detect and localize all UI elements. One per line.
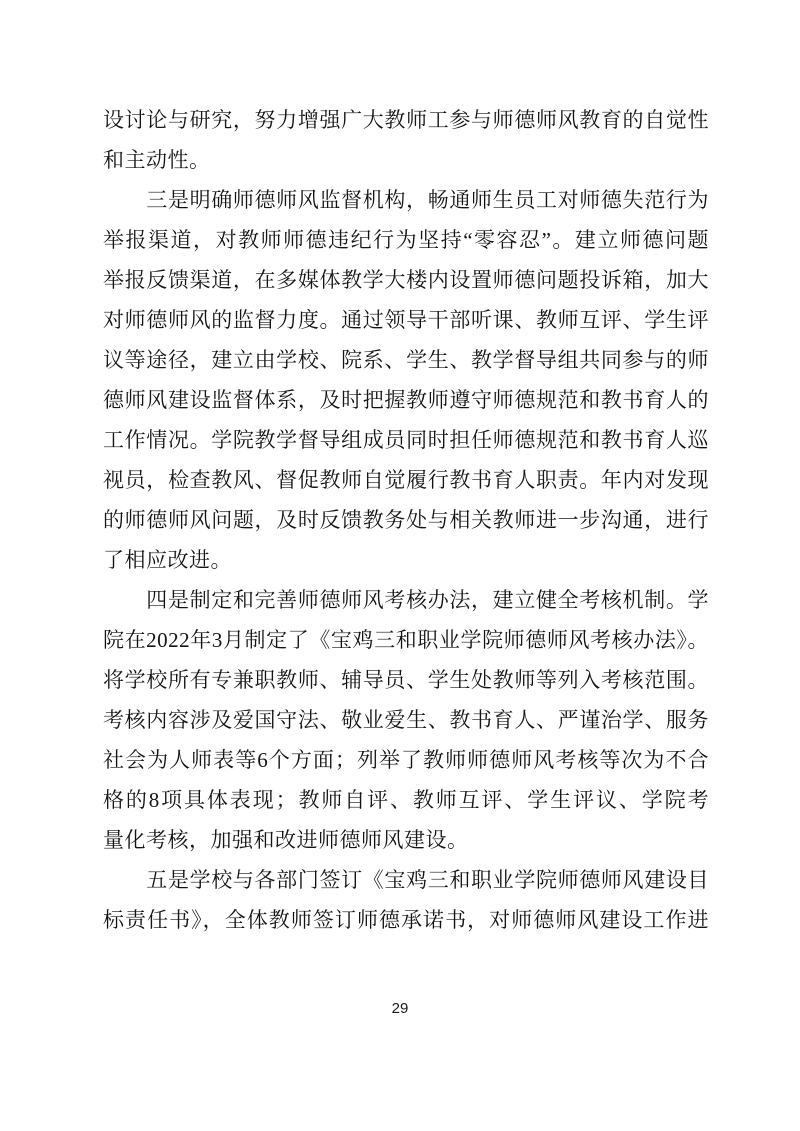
- text-line: 了相应改进。: [103, 540, 709, 580]
- text-line: 和主动性。: [103, 140, 709, 180]
- text-line: 举报渠道，对教师师德违纪行为坚持“零容忍”。建立师德问题: [103, 220, 709, 260]
- text-line: 五是学校与各部门签订《宝鸡三和职业学院师德师风建设目: [103, 860, 709, 900]
- text-line: 格的8项具体表现；教师自评、教师互评、学生评议、学院考评。: [103, 780, 709, 820]
- text-line: 将学校所有专兼职教师、辅导员、学生处教师等列入考核范围。: [103, 660, 709, 700]
- text-line: 对师德师风的监督力度。通过领导干部听课、教师互评、学生评: [103, 300, 709, 340]
- text-line: 的师德师风问题，及时反馈教务处与相关教师进一步沟通，进行: [103, 500, 709, 540]
- text-line: 量化考核，加强和改进师德师风建设。: [103, 820, 709, 860]
- text-line: 院在2022年3月制定了《宝鸡三和职业学院师德师风考核办法》。: [103, 620, 709, 660]
- text-line: 德师风建设监督体系，及时把握教师遵守师德规范和教书育人的: [103, 380, 709, 420]
- text-line: 视员，检查教风、督促教师自觉履行教书育人职责。年内对发现: [103, 460, 709, 500]
- text-line: 考核内容涉及爱国守法、敬业爱生、教书育人、严谨治学、服务: [103, 700, 709, 740]
- text-line: 三是明确师德师风监督机构，畅通师生员工对师德失范行为: [103, 180, 709, 220]
- document-page: 设讨论与研究，努力增强广大教师工参与师德师风教育的自觉性和主动性。 三是明确师德…: [0, 0, 800, 1131]
- text-line: 工作情况。学院教学督导组成员同时担任师德规范和教书育人巡: [103, 420, 709, 460]
- body-text: 设讨论与研究，努力增强广大教师工参与师德师风教育的自觉性和主动性。 三是明确师德…: [103, 100, 709, 940]
- page-number: 29: [0, 1000, 800, 1017]
- text-line: 议等途径，建立由学校、院系、学生、教学督导组共同参与的师: [103, 340, 709, 380]
- text-line: 四是制定和完善师德师风考核办法，建立健全考核机制。学: [103, 580, 709, 620]
- text-line: 设讨论与研究，努力增强广大教师工参与师德师风教育的自觉性: [103, 100, 709, 140]
- text-line: 社会为人师表等6个方面；列举了教师师德师风考核等次为不合: [103, 740, 709, 780]
- text-line: 标责任书》，全体教师签订师德承诺书，对师德师风建设工作进: [103, 900, 709, 940]
- text-line: 举报反馈渠道，在多媒体教学大楼内设置师德问题投诉箱，加大: [103, 260, 709, 300]
